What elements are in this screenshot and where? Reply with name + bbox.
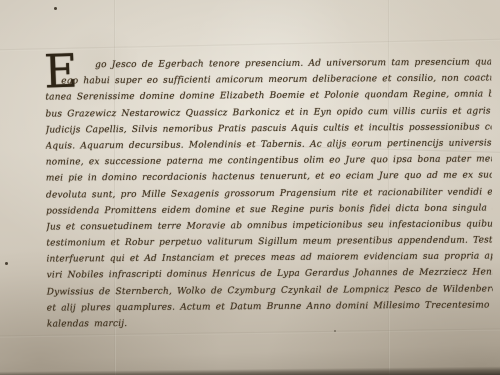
ink-speck <box>5 262 8 265</box>
manuscript-line: et alij plures quamplures. Actum et Datu… <box>47 297 493 316</box>
manuscript-line-date: kalendas marcij. <box>47 313 493 332</box>
charter-text-block: go Jesco de Egerbach tenore presencium. … <box>45 54 493 332</box>
table-surface-edge <box>0 366 500 375</box>
ink-speck <box>54 7 57 10</box>
manuscript-photo: E go Jesco de Egerbach tenore presencium… <box>0 0 500 375</box>
